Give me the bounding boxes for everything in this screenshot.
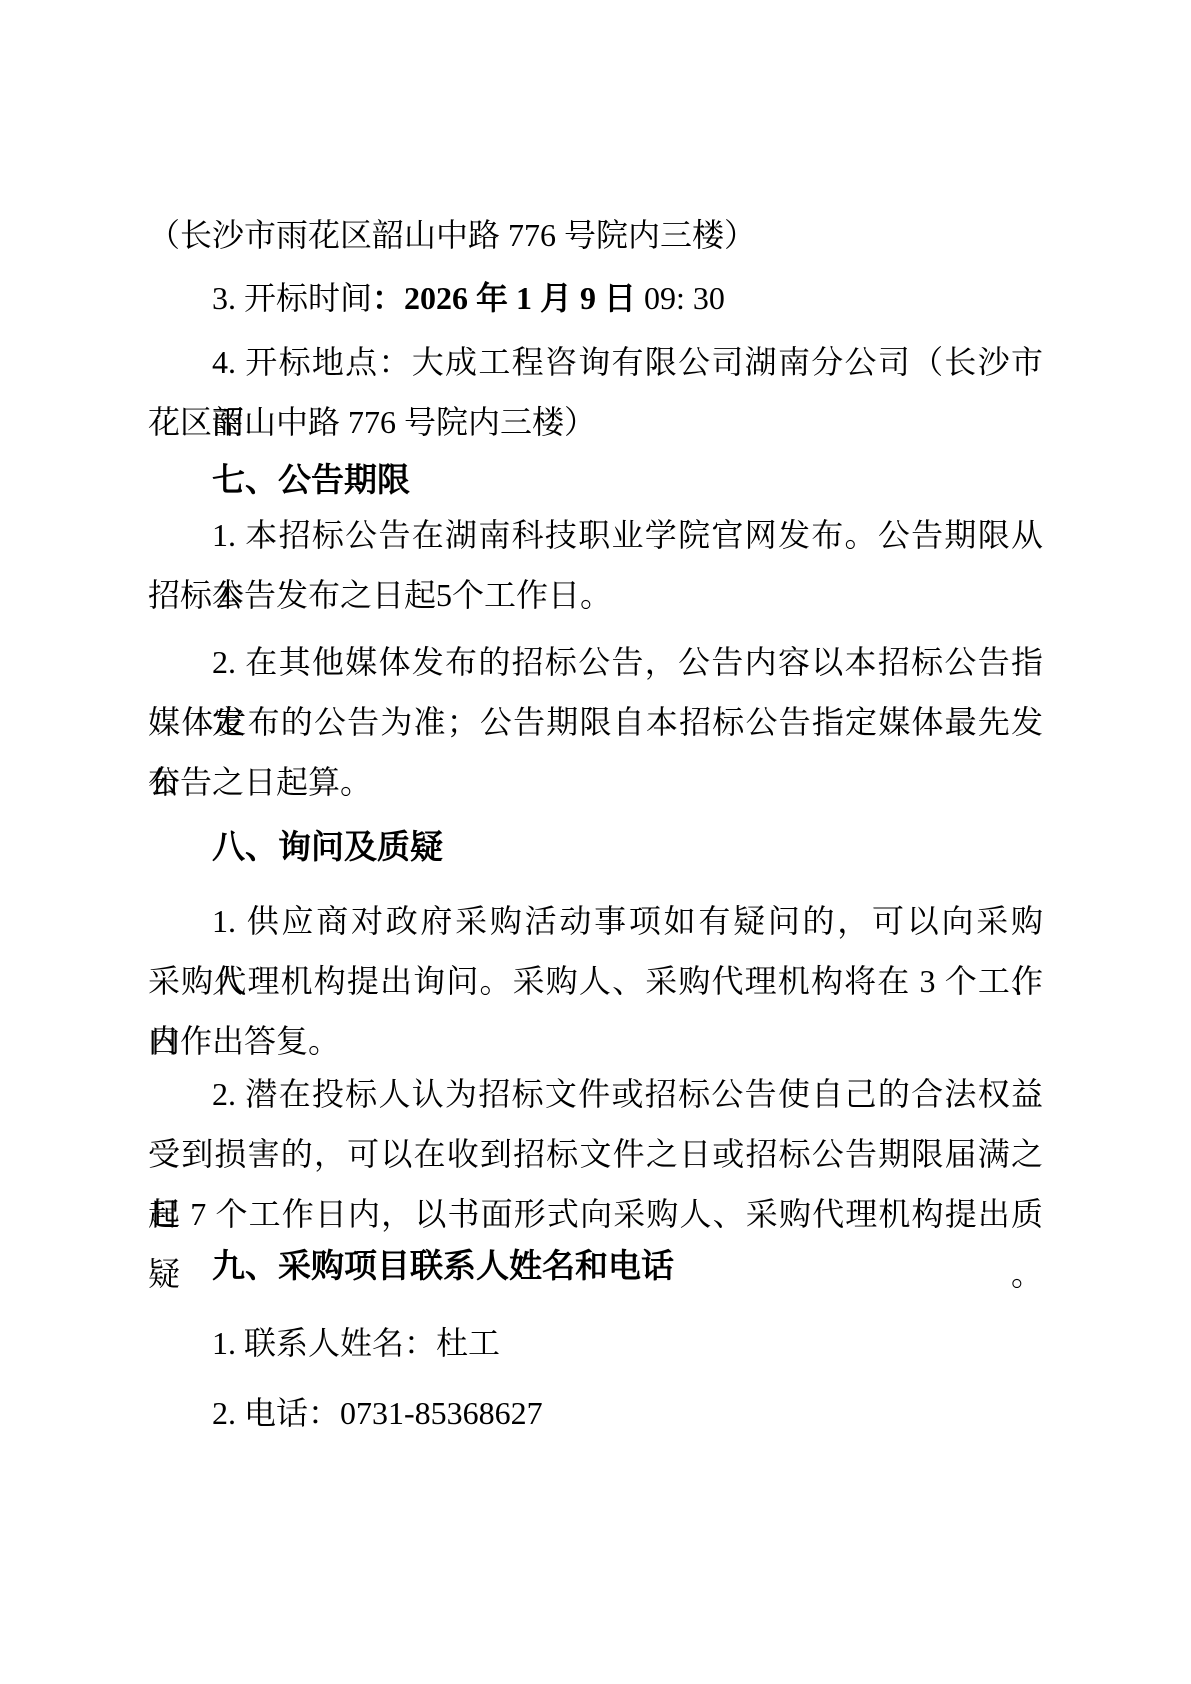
section-7-para-2-line-3: 公告之日起算。 [148,752,1043,812]
bid-time-value: ：2026 年 1 月 9 日 [372,280,636,316]
section-7-heading: 七、公告期限 [148,450,1043,510]
section-7-para-2-line-2: 媒体发布的公告为准；公告期限自本招标公告指定媒体最先发布 [148,692,1043,752]
bid-time-line: 3. 开标时间：2026 年 1 月 9 日 09: 30 [148,268,1043,328]
document-page: （长沙市雨花区韶山中路 776 号院内三楼） 3. 开标时间：2026 年 1 … [0,0,1191,1684]
section-8-para-1-line-3: 内作出答复。 [148,1011,1043,1071]
section-8-para-1-line-1: 1. 供应商对政府采购活动事项如有疑问的，可以向采购人、 [148,891,1043,951]
section-8-heading: 八、询问及质疑 [148,817,1043,877]
section-7-para-2-line-1: 2. 在其他媒体发布的招标公告，公告内容以本招标公告指定 [148,632,1043,692]
bid-location-line-1: 4. 开标地点：大成工程咨询有限公司湖南分公司（长沙市雨 [148,332,1043,392]
contact-phone-line: 2. 电话：0731-85368627 [148,1383,1043,1443]
address-continuation-line: （长沙市雨花区韶山中路 776 号院内三楼） [148,205,1043,265]
bid-location-line-2: 花区韶山中路 776 号院内三楼） [148,392,1043,452]
section-7-para-1-line-1: 1. 本招标公告在湖南科技职业学院官网发布。公告期限从本 [148,505,1043,565]
section-8-para-2-line-1: 2. 潜在投标人认为招标文件或招标公告使自己的合法权益 [148,1064,1043,1124]
contact-name-line: 1. 联系人姓名：杜工 [148,1313,1043,1373]
section-8-para-2-line-2: 受到损害的，可以在收到招标文件之日或招标公告期限届满之日 [148,1124,1043,1184]
section-8-para-1-line-2: 采购代理机构提出询问。采购人、采购代理机构将在 3 个工作日 [148,951,1043,1011]
section-9-heading: 九、采购项目联系人姓名和电话 [148,1236,1043,1296]
section-8-para-2-line-3: 起 7 个工作日内，以书面形式向采购人、采购代理机构提出质疑。 [148,1184,1043,1244]
section-7-para-1-line-2: 招标公告发布之日起5个工作日。 [148,565,1043,625]
bid-time-clock: 09: 30 [636,280,725,316]
bid-time-label: 3. 开标时间 [212,280,372,316]
